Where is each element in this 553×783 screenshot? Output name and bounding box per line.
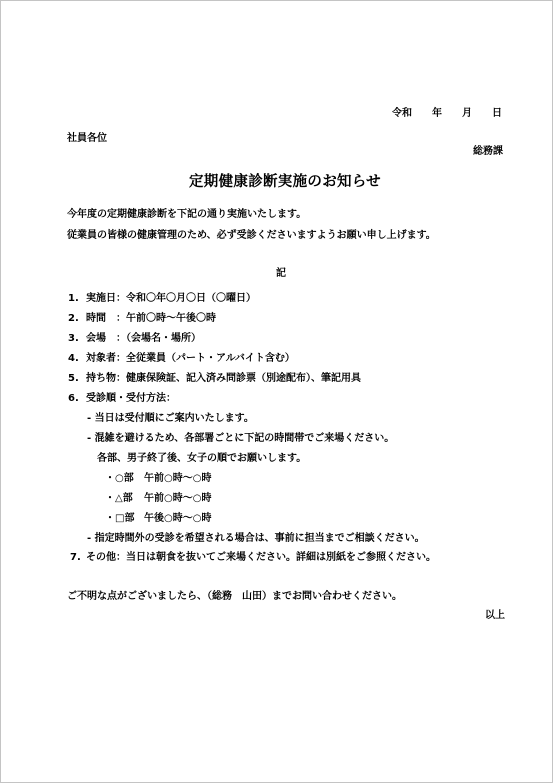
schedule-row-2: ・△部午前○時～○時 <box>105 493 133 505</box>
reception-line-2: - 混雑を避けるため、各部署ごとに下記の時間帯でご来場ください。 <box>87 433 394 445</box>
list-item-5: 5. 持ち物：健康保険証、記入済み問診票（別途配布）、筆記用具 <box>68 373 79 385</box>
reception-line-3: 各部、男子終了後、女子の順でお願いします。 <box>97 453 306 465</box>
intro-line-1: 今年度の定期健康診断を下記の通り実施いたします。 <box>67 209 306 221</box>
item-text: 時間 ：午前〇時～午後〇時 <box>86 313 216 325</box>
document-page: 令和年月日 社員各位 総務課 定期健康診断実施のお知らせ 今年度の定期健康診断を… <box>0 0 553 783</box>
department: □部 <box>115 513 134 524</box>
item-text: 受診順・受付方法： <box>86 393 176 405</box>
sender-department: 総務課 <box>473 146 503 158</box>
contact-line: ご不明な点がございましたら、（総務 山田）までお問い合わせください。 <box>67 591 402 603</box>
schedule-row-3: ・□部午後○時～○時 <box>105 513 134 525</box>
closing: 以上 <box>485 610 505 622</box>
reception-line-4: - 指定時間外の受診を希望される場合は、事前に担当までご相談ください。 <box>87 533 425 545</box>
department: ○部 <box>115 473 134 484</box>
ki-heading: 記 <box>276 268 286 280</box>
time-slot: 午前○時～○時 <box>144 473 211 485</box>
list-item-6: 6. 受診順・受付方法： <box>68 393 79 405</box>
bullet: ・ <box>105 513 115 524</box>
item-number: 3. <box>68 333 79 344</box>
reception-line-1: - 当日は受付順にご案内いたします。 <box>87 413 254 425</box>
item-text: 持ち物：健康保険証、記入済み問診票（別途配布）、筆記用具 <box>86 373 361 385</box>
document-title: 定期健康診断実施のお知らせ <box>189 173 381 191</box>
bullet: ・ <box>105 473 115 484</box>
intro-line-2: 従業員の皆様の健康管理のため、必ず受診くださいますようお願い申し上げます。 <box>67 230 436 242</box>
item-text: その他：当日は朝食を抜いてご来場ください。詳細は別紙をご参照ください。 <box>86 552 436 564</box>
list-item-2: 2. 時間 ：午前〇時～午後〇時 <box>68 313 79 325</box>
date-day-label: 日 <box>492 108 502 120</box>
item-number: 6. <box>68 393 79 404</box>
date-era: 令和 <box>392 108 412 120</box>
time-slot: 午後○時～○時 <box>144 513 211 525</box>
item-number: 1. <box>68 293 79 304</box>
department: △部 <box>115 493 133 504</box>
item-number: 7. <box>70 552 81 563</box>
item-number: 4. <box>68 353 79 364</box>
item-text: 会場 ：（会場名・場所） <box>86 333 201 345</box>
list-item-1: 1. 実施日：令和〇年〇月〇日（〇曜日） <box>68 293 79 305</box>
item-number: 2. <box>68 313 79 324</box>
schedule-row-1: ・○部午前○時～○時 <box>105 473 134 485</box>
bullet: ・ <box>105 493 115 504</box>
item-text: 対象者：全従業員（パート・アルバイト含む） <box>86 353 295 365</box>
list-item-7: 7. その他：当日は朝食を抜いてご来場ください。詳細は別紙をご参照ください。 <box>70 552 81 564</box>
date-year-label: 年 <box>432 108 442 120</box>
list-item-3: 3. 会場 ：（会場名・場所） <box>68 333 79 345</box>
date-line: 令和年月日 <box>392 108 502 120</box>
list-item-4: 4. 対象者：全従業員（パート・アルバイト含む） <box>68 353 79 365</box>
item-text: 実施日：令和〇年〇月〇日（〇曜日） <box>86 293 256 305</box>
time-slot: 午前○時～○時 <box>144 493 211 505</box>
addressee: 社員各位 <box>67 133 107 145</box>
item-number: 5. <box>68 373 79 384</box>
date-month-label: 月 <box>462 108 472 120</box>
